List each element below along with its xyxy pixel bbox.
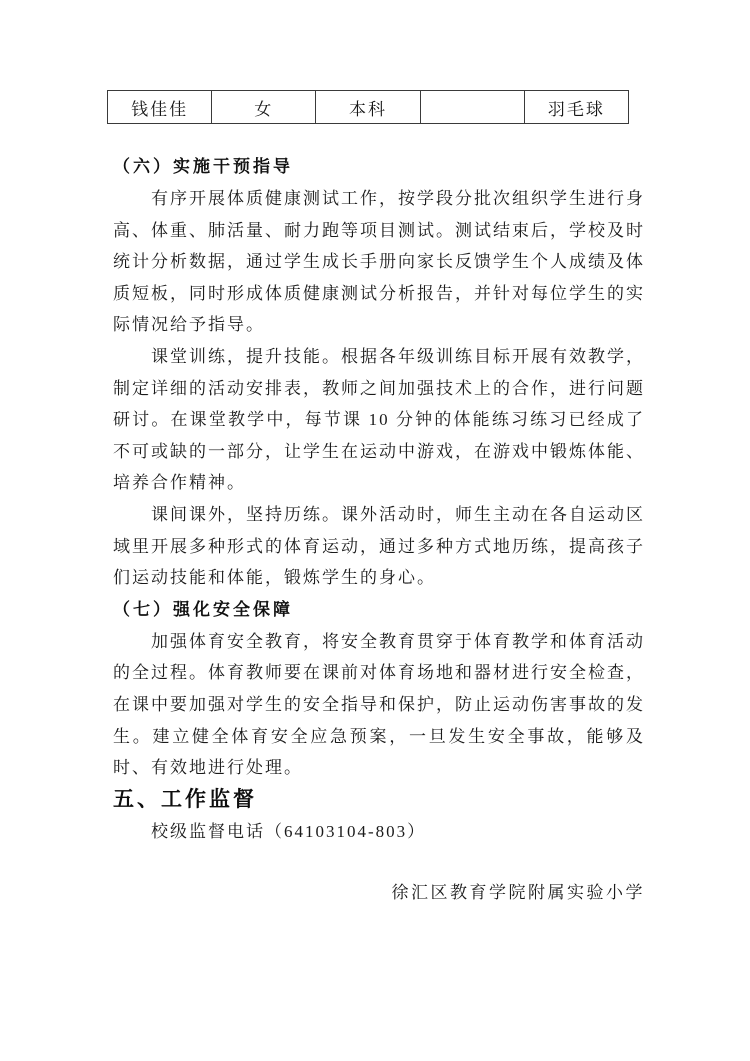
supervision-phone: 校级监督电话（64103104-803） (113, 816, 645, 848)
table-cell-name: 钱佳佳 (108, 91, 212, 124)
section6-paragraph-3: 课间课外，坚持历练。课外活动时，师生主动在各自运动区域里开展多种形式的体育运动，… (113, 499, 645, 594)
table-row: 钱佳佳 女 本科 羽毛球 (108, 91, 629, 124)
section6-paragraph-1: 有序开展体质健康测试工作，按学段分批次组织学生进行身高、体重、肺活量、耐力跑等项… (113, 183, 645, 341)
teacher-roster-table: 钱佳佳 女 本科 羽毛球 (107, 90, 629, 124)
section6-heading: （六）实施干预指导 (113, 151, 645, 183)
document-body: （六）实施干预指导 有序开展体质健康测试工作，按学段分批次组织学生进行身高、体重… (113, 125, 645, 909)
document-page: 钱佳佳 女 本科 羽毛球 （六）实施干预指导 有序开展体质健康测试工作，按学段分… (0, 0, 750, 1061)
section6-paragraph-2: 课堂训练，提升技能。根据各年级训练目标开展有效教学，制定详细的活动安排表，教师之… (113, 341, 645, 499)
table-cell-empty (420, 91, 524, 124)
supervision-heading: 五、工作监督 (113, 784, 645, 816)
school-signature: 徐汇区教育学院附属实验小学 (113, 877, 645, 909)
section7-paragraph-1: 加强体育安全教育，将安全教育贯穿于体育教学和体育活动的全过程。体育教师要在课前对… (113, 626, 645, 784)
section7-heading: （七）强化安全保障 (113, 594, 645, 626)
table-cell-specialty: 羽毛球 (524, 91, 628, 124)
table-cell-education: 本科 (316, 91, 420, 124)
table-cell-gender: 女 (212, 91, 316, 124)
